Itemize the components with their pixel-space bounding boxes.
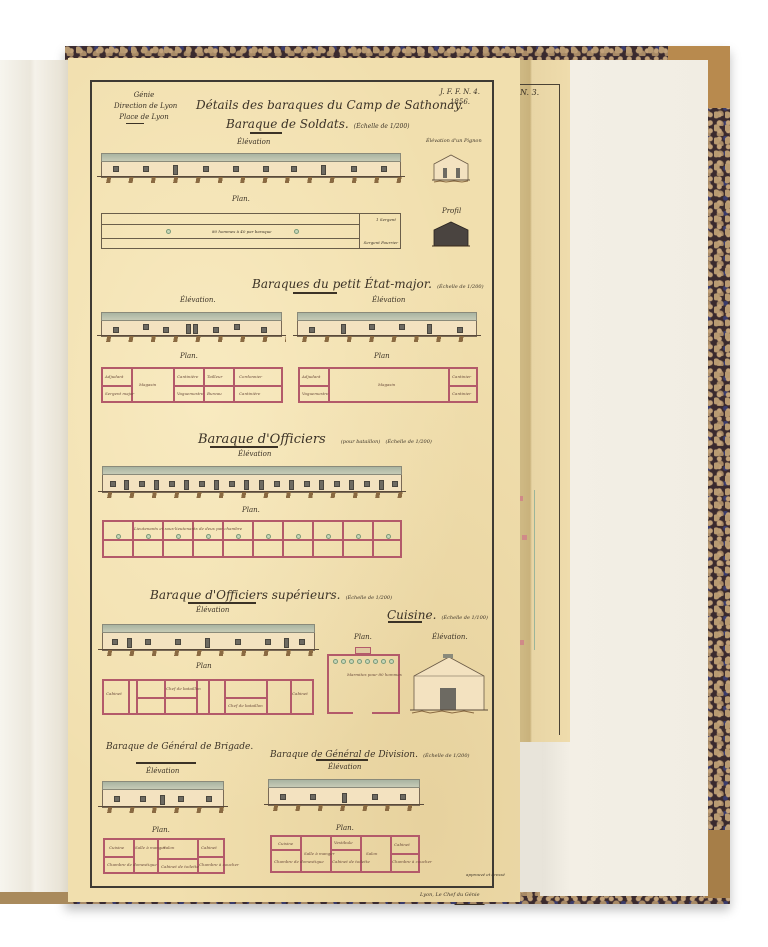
room-label: Chef de bataillon (228, 703, 263, 708)
section-subtitle: (pour bataillon) (341, 439, 381, 445)
label-plan: Plan. (152, 826, 170, 834)
header-place: Place de Lyon (114, 112, 174, 123)
section-title: Baraque d'Officiers supérieurs. (150, 588, 341, 602)
general-division-elevation (268, 779, 420, 811)
album-leather-corner-bottom (705, 830, 730, 898)
profile-section-drawing (432, 218, 470, 250)
room-label: Chambre de domestique (107, 862, 157, 867)
room-label: Vaguemestre (177, 391, 204, 396)
page-title: Détails des baraques du Camp de Sathonay… (196, 98, 463, 112)
title-underline (388, 621, 422, 623)
label-elevation: Élévation. (432, 633, 468, 641)
header-left-block: Génie Direction de Lyon Place de Lyon (114, 90, 174, 123)
underlying-sheet-number: N. 3. (520, 88, 539, 97)
cuisine-plan-drawing: Marmites pour 80 hommes (327, 654, 400, 714)
officiers-plan-drawing: Lieutenants et sous-lieutenants de deux … (102, 520, 402, 558)
label-elevation: Élévation (196, 606, 229, 614)
room-label: Adjudant (105, 374, 123, 379)
room-label: Chef de bataillon (166, 686, 201, 691)
officiers-superieurs-elevation (102, 624, 315, 656)
section-scale: (Échelle de 1/200) (423, 753, 469, 759)
room-label: Cabinet (106, 691, 122, 696)
room-label: Bureau (207, 391, 222, 396)
signature-flourish (454, 896, 487, 905)
room-label: Cabinet (292, 691, 308, 696)
section-scale: (Échelle de 1/200) (437, 284, 483, 290)
label-elevation: Élévation (238, 450, 271, 458)
label-plan: Plan. (336, 824, 354, 832)
section-officiers-superieurs-heading: Baraque d'Officiers supérieurs. (Échelle… (150, 584, 392, 603)
header-genie: Génie (114, 90, 174, 101)
plan-note: 80 hommes à 40 par baraque (212, 229, 272, 234)
gable-elevation-drawing (432, 152, 470, 184)
label-plan: Plan. (242, 506, 260, 514)
section-title: Cuisine. (387, 608, 436, 622)
room-label: Chambre de domestique (274, 859, 324, 864)
header-direction: Direction de Lyon (114, 101, 174, 112)
officiers-superieurs-plan: Cabinet Chef de bataillon Chef de batail… (102, 679, 314, 715)
room-label: Salon (366, 851, 377, 856)
header-underline (126, 123, 144, 124)
room-label: Magasin (378, 382, 395, 387)
title-underline (316, 759, 368, 761)
room-label: Cantinier (452, 391, 471, 396)
room-label: Cabinet (201, 845, 217, 850)
label-gable-elevation: Élévation d'un Pignon (426, 138, 482, 144)
officiers-elevation-drawing (102, 466, 402, 498)
section-title: Baraque d'Officiers (198, 432, 326, 447)
title-underline (188, 602, 256, 604)
room-label: Chambre à coucher (199, 862, 239, 867)
sheet-reference: J. F. F. N. 4. (430, 87, 490, 97)
room-label: Sergent major (105, 391, 134, 396)
room-label: Adjudant (302, 374, 320, 379)
section-etat-major-heading: Baraques du petit État-major. (Échelle d… (252, 273, 484, 292)
album-left-cover-edge (0, 892, 70, 904)
label-elevation: Élévation. (180, 296, 216, 304)
label-plan: Plan (196, 662, 212, 670)
section-officiers-heading: Baraque d'Officiers (pour bataillon) (Éc… (198, 428, 432, 447)
title-underline (136, 762, 196, 764)
room-label: Cantinière (177, 374, 198, 379)
room-label: Tailleur (207, 374, 222, 379)
room-label: Cordonnier (239, 374, 262, 379)
section-title: Baraques du petit État-major. (252, 277, 432, 291)
plan-note: Sergent Fourrier (364, 240, 398, 245)
room-label: Vestibule (334, 840, 353, 845)
section-scale: (Échelle de 1/100) (441, 615, 487, 621)
label-plan: Plan. (180, 352, 198, 360)
room-label: Cuisine (109, 845, 124, 850)
room-label: Cuisine (278, 841, 293, 846)
room-label: Salon (163, 845, 174, 850)
label-profile: Profil (442, 207, 461, 215)
label-plan: Plan. (232, 195, 250, 203)
label-plan: Plan (374, 352, 390, 360)
section-general-brigade-title: Baraque de Général de Brigade. (106, 742, 253, 752)
album-left-pages (0, 60, 71, 902)
etat-major-elevation-left (101, 312, 282, 342)
section-scale: (Échelle de 1/200) (346, 595, 392, 601)
plan-note: Lieutenants et sous-lieutenants de deux … (134, 526, 242, 531)
label-plan: Plan. (354, 633, 372, 641)
section-scale: (Échelle de 1/200) (354, 123, 410, 130)
title-underline (210, 446, 278, 448)
section-title: Baraque de Soldats. (226, 117, 349, 131)
soldats-plan-drawing: 80 hommes à 40 par baraque 1 Sergent Ser… (101, 213, 401, 249)
general-brigade-plan: Cuisine Salle à manger Salon Cabinet Cha… (103, 838, 225, 874)
title-underline (250, 132, 282, 134)
room-label: Cantinière (239, 391, 260, 396)
label-elevation: Élévation (328, 763, 361, 771)
section-general-division-heading: Baraque de Général de Division. (Échelle… (270, 742, 470, 761)
room-label: Magasin (139, 382, 156, 387)
cuisine-elevation-drawing (410, 654, 488, 718)
section-scale: (Échelle de 1/200) (385, 439, 431, 445)
etat-major-elevation-right (297, 312, 477, 342)
room-label: Cabinet (394, 842, 410, 847)
etat-major-plan-right: Adjudant Vaguemestre Magasin Cantinier C… (298, 367, 478, 403)
plan-note: Marmites pour 80 hommes (347, 672, 402, 677)
section-soldats-heading: Baraque de Soldats. (Échelle de 1/200) (226, 113, 410, 132)
room-label: Salle à manger (135, 845, 166, 850)
label-elevation: Élévation (237, 138, 270, 146)
title-underline (293, 292, 337, 294)
label-elevation: Élévation (372, 296, 405, 304)
soldats-elevation-drawing (101, 153, 401, 183)
general-division-plan: Cuisine Chambre de domestique Salle à ma… (270, 835, 420, 873)
etat-major-plan-left: Adjudant Sergent major Magasin Cantinièr… (101, 367, 283, 403)
general-brigade-elevation (102, 781, 224, 813)
room-label: Cantinier (452, 374, 471, 379)
room-label: Chambre à coucher (392, 859, 432, 864)
room-label: Vaguemestre (302, 391, 329, 396)
label-elevation: Élévation (146, 767, 179, 775)
room-label: Cabinet de toilette (332, 859, 370, 864)
cuisine-chimney (355, 647, 371, 654)
room-label: Cabinet de toilette (161, 864, 199, 869)
approval-note: approuvé et dressé (466, 872, 505, 877)
room-label: Salle à manger (304, 851, 335, 856)
plan-note: 1 Sergent (376, 217, 396, 222)
